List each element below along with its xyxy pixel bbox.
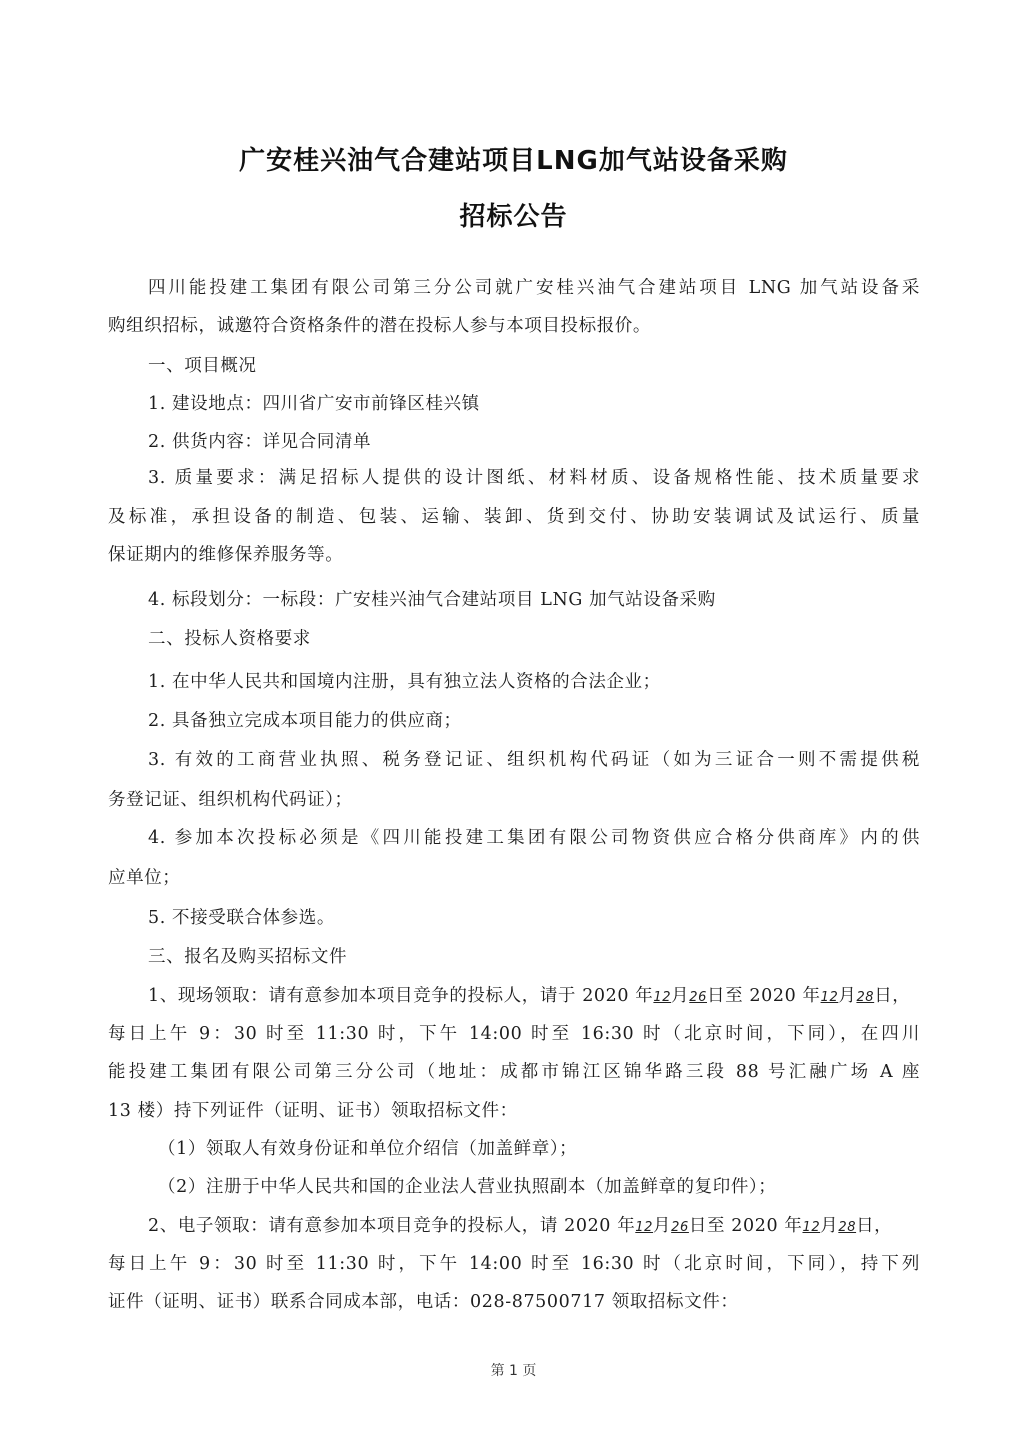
- electronic-prefix: 2、电子领取：请有意参加本项目竞争的投标人，请 2020 年: [148, 1216, 635, 1236]
- section2-item4-line2: 应单位；: [108, 866, 180, 890]
- section2-item5: 5. 不接受联合体参选。: [148, 906, 335, 930]
- electronic-line2: 每日上午 9：30 时至 11:30 时，下午 14:00 时至 16:30 时…: [108, 1252, 920, 1276]
- section2-item3-line1: 3. 有效的工商营业执照、税务登记证、组织机构代码证（如为三证合一则不需提供税: [148, 748, 920, 772]
- electronic-end-day: 28: [838, 1220, 856, 1235]
- document-subtitle: 招标公告: [0, 196, 1027, 233]
- onsite-requirement-2: （2）注册于中华人民共和国的企业法人营业执照副本（加盖鲜章的复印件）；: [158, 1175, 776, 1199]
- electronic-start-day: 26: [671, 1220, 689, 1235]
- intro-line-1: 四川能投建工集团有限公司第三分公司就广安桂兴油气合建站项目 LNG 加气站设备采: [148, 276, 920, 300]
- onsite-suffix: 日，: [874, 986, 910, 1006]
- onsite-end-day: 28: [856, 990, 874, 1005]
- onsite-line2: 每日上午 9：30 时至 11:30 时，下午 14:00 时至 16:30 时…: [108, 1022, 920, 1046]
- electronic-end-month: 12: [802, 1220, 820, 1235]
- onsite-requirement-1: （1）领取人有效身份证和单位介绍信（加盖鲜章）；: [158, 1137, 577, 1161]
- electronic-mid: 日至 2020 年: [689, 1216, 803, 1236]
- onsite-start-day: 26: [689, 990, 707, 1005]
- document-page: 广安桂兴油气合建站项目LNG加气站设备采购 招标公告 四川能投建工集团有限公司第…: [0, 0, 1027, 1452]
- month-label: 月: [838, 986, 856, 1006]
- section1-item3-line1: 3. 质量要求：满足招标人提供的设计图纸、材料材质、设备规格性能、技术质量要求: [148, 466, 920, 490]
- section2-item4-line1: 4. 参加本次投标必须是《四川能投建工集团有限公司物资供应合格分供商库》内的供: [148, 826, 920, 850]
- month-label: 月: [653, 1216, 671, 1236]
- onsite-line3: 能投建工集团有限公司第三分公司（地址：成都市锦江区锦华路三段 88 号汇融广场 …: [108, 1060, 920, 1084]
- section1-item1: 1. 建设地点：四川省广安市前锋区桂兴镇: [148, 392, 480, 416]
- section2-item2: 2. 具备独立完成本项目能力的供应商；: [148, 709, 462, 733]
- document-title: 广安桂兴油气合建站项目LNG加气站设备采购: [0, 140, 1027, 177]
- section1-heading: 一、项目概况: [148, 354, 257, 378]
- section2-item1: 1. 在中华人民共和国境内注册，具有独立法人资格的合法企业；: [148, 670, 661, 694]
- section1-item2: 2. 供货内容：详见合同清单: [148, 430, 371, 454]
- month-label: 月: [671, 986, 689, 1006]
- onsite-line4: 13 楼）持下列证件（证明、证书）领取招标文件：: [108, 1099, 518, 1123]
- section3-heading: 三、报名及购买招标文件: [148, 945, 347, 969]
- section1-item3-line2: 及标准，承担设备的制造、包装、运输、装卸、货到交付、协助安装调试及试运行、质量: [108, 505, 920, 529]
- month-label: 月: [820, 1216, 838, 1236]
- section1-item3-line3: 保证期内的维修保养服务等。: [108, 543, 343, 567]
- section2-heading: 二、投标人资格要求: [148, 627, 311, 651]
- intro-line-2: 购组织招标，诚邀符合资格条件的潜在投标人参与本项目投标报价。: [108, 314, 651, 338]
- section2-item3-line2: 务登记证、组织机构代码证）；: [108, 788, 353, 812]
- onsite-mid: 日至 2020 年: [707, 986, 821, 1006]
- onsite-end-month: 12: [821, 990, 839, 1005]
- electronic-pickup-line1: 2、电子领取：请有意参加本项目竞争的投标人，请 2020 年12月26日至 20…: [148, 1214, 892, 1240]
- onsite-pickup-line1: 1、现场领取：请有意参加本项目竞争的投标人，请于 2020 年12月26日至 2…: [148, 984, 910, 1010]
- electronic-line3: 证件（证明、证书）联系合同成本部，电话：028-87500717 领取招标文件：: [108, 1290, 738, 1314]
- electronic-start-month: 12: [635, 1220, 653, 1235]
- onsite-start-month: 12: [653, 990, 671, 1005]
- section1-item4: 4. 标段划分：一标段：广安桂兴油气合建站项目 LNG 加气站设备采购: [148, 588, 716, 612]
- electronic-suffix: 日，: [856, 1216, 892, 1236]
- page-number: 第 1 页: [0, 1360, 1027, 1380]
- onsite-prefix: 1、现场领取：请有意参加本项目竞争的投标人，请于 2020 年: [148, 986, 653, 1006]
